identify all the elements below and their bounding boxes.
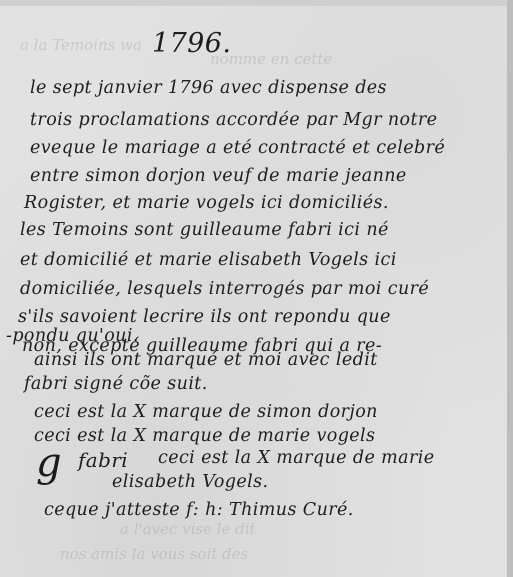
- signature-initial: g: [36, 440, 62, 486]
- text-line: ainsi ils ont marqué et moi avec ledit: [34, 350, 378, 370]
- mark-line-marie-vogels: ceci est la X marque de marie vogels: [34, 426, 375, 446]
- bleed-through-text: nos amis la vous soit des: [60, 545, 248, 563]
- text-line: fabri signé cõe suit.: [24, 374, 208, 394]
- bleed-through-text: a la Temoins wa: [20, 36, 142, 54]
- text-line: les Temoins sont guilleaume fabri ici né: [20, 220, 389, 240]
- page-edge-right: [507, 0, 513, 577]
- attestation-line: ceque j'atteste f: h: Thimus Curé.: [44, 500, 354, 520]
- text-line: et domicilié et marie elisabeth Vogels i…: [20, 250, 397, 270]
- mark-line-simon-dorjon: ceci est la X marque de simon dorjon: [34, 402, 378, 422]
- signature-fabri: fabri: [78, 448, 128, 472]
- text-line: Rogister, et marie vogels ici domiciliés…: [24, 193, 389, 213]
- text-line: trois proclamations accordée par Mgr not…: [30, 110, 437, 130]
- text-line: eveque le mariage a eté contracté et cel…: [30, 138, 445, 158]
- text-line: -pondu qu'oui.: [6, 326, 139, 346]
- text-line: le sept janvier 1796 avec dispense des: [30, 78, 387, 98]
- year-heading: 1796.: [152, 28, 231, 59]
- mark-line-marie-elisabeth: ceci est la X marque de marie: [158, 448, 435, 468]
- mark-line-marie-elisabeth-cont: elisabeth Vogels.: [112, 472, 268, 492]
- bleed-through-text: a l'avec vise le dit: [120, 520, 256, 538]
- page-edge-top: [0, 0, 513, 6]
- text-line: domiciliée, lesquels interrogés par moi …: [20, 279, 429, 299]
- text-line: entre simon dorjon veuf de marie jeanne: [30, 166, 407, 186]
- text-line: s'ils savoient lecrire ils ont repondu q…: [18, 307, 391, 327]
- document-scan: a la Temoins wa nomme en cette a l'avec …: [0, 0, 513, 577]
